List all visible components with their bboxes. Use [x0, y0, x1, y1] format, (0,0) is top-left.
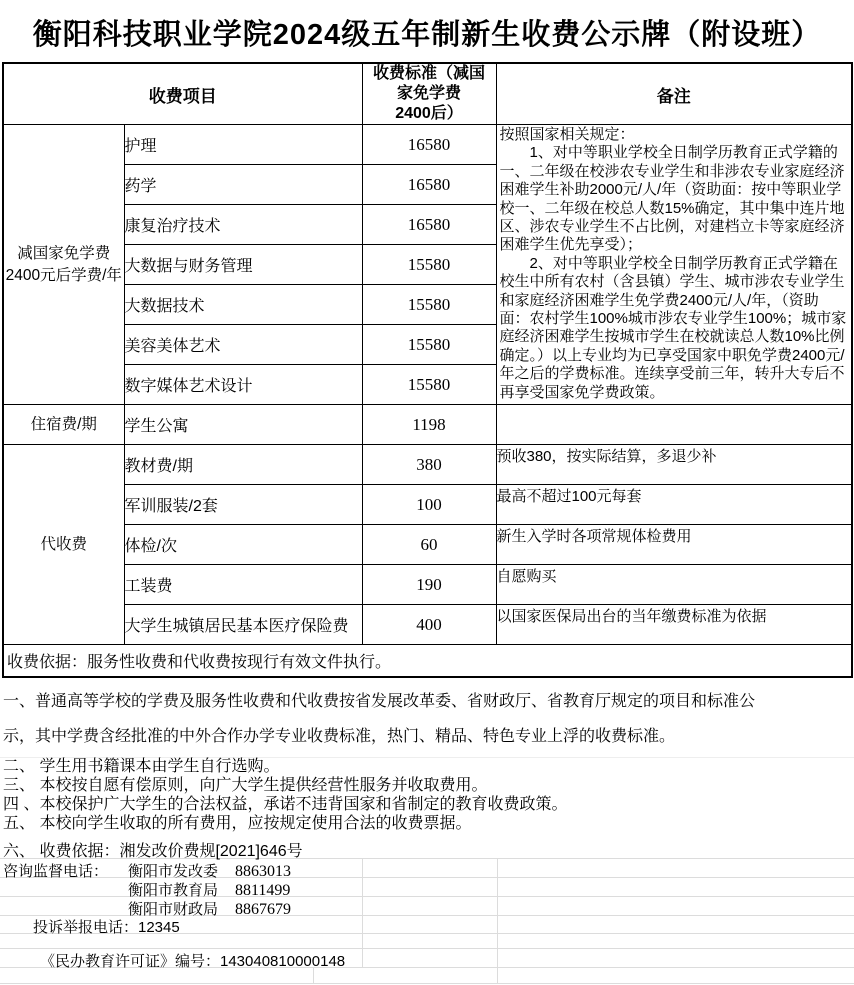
tuition-value-cell: 15580 [362, 325, 496, 365]
tuition-value-cell: 15580 [362, 285, 496, 325]
tuition-item-cell: 康复治疗技术 [124, 205, 362, 245]
tuition-value-cell: 16580 [362, 205, 496, 245]
accommodation-category-cell: 住宿费/期 [3, 405, 124, 445]
contact-entry: 衡阳市发改委8863013 [128, 860, 291, 881]
tuition-category-cell: 减国家免学费 2400元后学费/年 [3, 125, 124, 405]
header-fee-standard: 收费标准（减国 家免学费 2400后） [362, 63, 496, 125]
accommodation-remark-cell [496, 405, 852, 445]
faint-gridline [0, 948, 854, 949]
tuition-item-cell: 美容美体艺术 [124, 325, 362, 365]
tuition-remark-cell: 按照国家相关规定： 1、对中等职业学校全日制学历教育正式学籍的一、二年级在校涉农… [496, 125, 852, 405]
note-line: 六、 收费依据：湘发改价费规[2021]646号 [3, 838, 303, 861]
contact-agency: 衡阳市发改委 [128, 860, 235, 881]
collection-item-cell: 教材费/期 [124, 445, 362, 485]
faint-gridline [362, 858, 363, 967]
collection-category-cell: 代收费 [3, 445, 124, 645]
tuition-item-cell: 大数据与财务管理 [124, 245, 362, 285]
header-remark: 备注 [496, 63, 852, 125]
note-line: 五、 本校向学生收取的所有费用，应按规定使用合法的收费票据。 [3, 810, 471, 833]
collection-row: 军训服装/2套 100 最高不超过100元每套 [3, 485, 852, 525]
notes-section: 一、普通高等学校的学费及服务性收费和代收费按省发展改革委、省财政厅、省教育厅规定… [0, 676, 854, 985]
tuition-value-cell: 15580 [362, 365, 496, 405]
contact-agency: 衡阳市教育局 [128, 879, 235, 900]
collection-row: 工装费 190 自愿购买 [3, 565, 852, 605]
collection-value-cell: 60 [362, 525, 496, 565]
complaint-hotline: 投诉举报电话：12345 [33, 916, 180, 937]
collection-value-cell: 400 [362, 605, 496, 645]
tuition-value-cell: 16580 [362, 125, 496, 165]
basis-cell: 收费依据：服务性收费和代收费按现行有效文件执行。 [3, 645, 852, 677]
collection-value-cell: 380 [362, 445, 496, 485]
license-number: 《民办教育许可证》编号：143040810000148 [40, 950, 345, 971]
contact-number: 8811499 [235, 882, 290, 899]
accommodation-row: 住宿费/期 学生公寓 1198 [3, 405, 852, 445]
collection-remark-cell: 最高不超过100元每套 [496, 485, 852, 525]
page-title: 衡阳科技职业学院2024级五年制新生收费公示牌（附设班） [0, 12, 854, 53]
collection-remark-cell: 以国家医保局出台的当年缴费标准为依据 [496, 605, 852, 645]
collection-item-cell: 工装费 [124, 565, 362, 605]
collection-value-cell: 100 [362, 485, 496, 525]
collection-item-cell: 体检/次 [124, 525, 362, 565]
accommodation-value-cell: 1198 [362, 405, 496, 445]
collection-item-cell: 大学生城镇居民基本医疗保险费 [124, 605, 362, 645]
note-line: 示，其中学费含经批准的中外合作办学专业收费标准，热门、精品、特色专业上浮的收费标… [3, 723, 675, 746]
collection-row: 代收费 教材费/期 380 预收380，按实际结算，多退少补 [3, 445, 852, 485]
basis-row: 收费依据：服务性收费和代收费按现行有效文件执行。 [3, 645, 852, 677]
header-fee-items: 收费项目 [3, 63, 362, 125]
tuition-item-cell: 数字媒体艺术设计 [124, 365, 362, 405]
tuition-item-cell: 大数据技术 [124, 285, 362, 325]
collection-value-cell: 190 [362, 565, 496, 605]
collection-item-cell: 军训服装/2套 [124, 485, 362, 525]
contact-entry: 衡阳市教育局8811499 [128, 879, 290, 900]
collection-remark-cell: 自愿购买 [496, 565, 852, 605]
note-line: 一、普通高等学校的学费及服务性收费和代收费按省发展改革委、省财政厅、省教育厅规定… [3, 688, 755, 711]
contact-number: 8867679 [235, 901, 291, 918]
tuition-item-cell: 药学 [124, 165, 362, 205]
tuition-value-cell: 16580 [362, 165, 496, 205]
collection-remark-cell: 预收380，按实际结算，多退少补 [496, 445, 852, 485]
tuition-row: 减国家免学费 2400元后学费/年 护理 16580 按照国家相关规定： 1、对… [3, 125, 852, 165]
collection-row: 体检/次 60 新生入学时各项常规体检费用 [3, 525, 852, 565]
table-header-row: 收费项目 收费标准（减国 家免学费 2400后） 备注 [3, 63, 852, 125]
faint-gridline [497, 858, 498, 983]
collection-remark-cell: 新生入学时各项常规体检费用 [496, 525, 852, 565]
collection-row: 大学生城镇居民基本医疗保险费 400 以国家医保局出台的当年缴费标准为依据 [3, 605, 852, 645]
accommodation-item-cell: 学生公寓 [124, 405, 362, 445]
tuition-item-cell: 护理 [124, 125, 362, 165]
contact-label: 咨询监督电话： [3, 860, 108, 881]
tuition-value-cell: 15580 [362, 245, 496, 285]
fee-table: 收费项目 收费标准（减国 家免学费 2400后） 备注 减国家免学费 2400元… [2, 62, 853, 678]
contact-number: 8863013 [235, 863, 291, 880]
fee-disclosure-page: { "title": "衡阳科技职业学院2024级五年制新生收费公示牌（附设班）… [0, 0, 854, 985]
faint-gridline [0, 983, 854, 984]
